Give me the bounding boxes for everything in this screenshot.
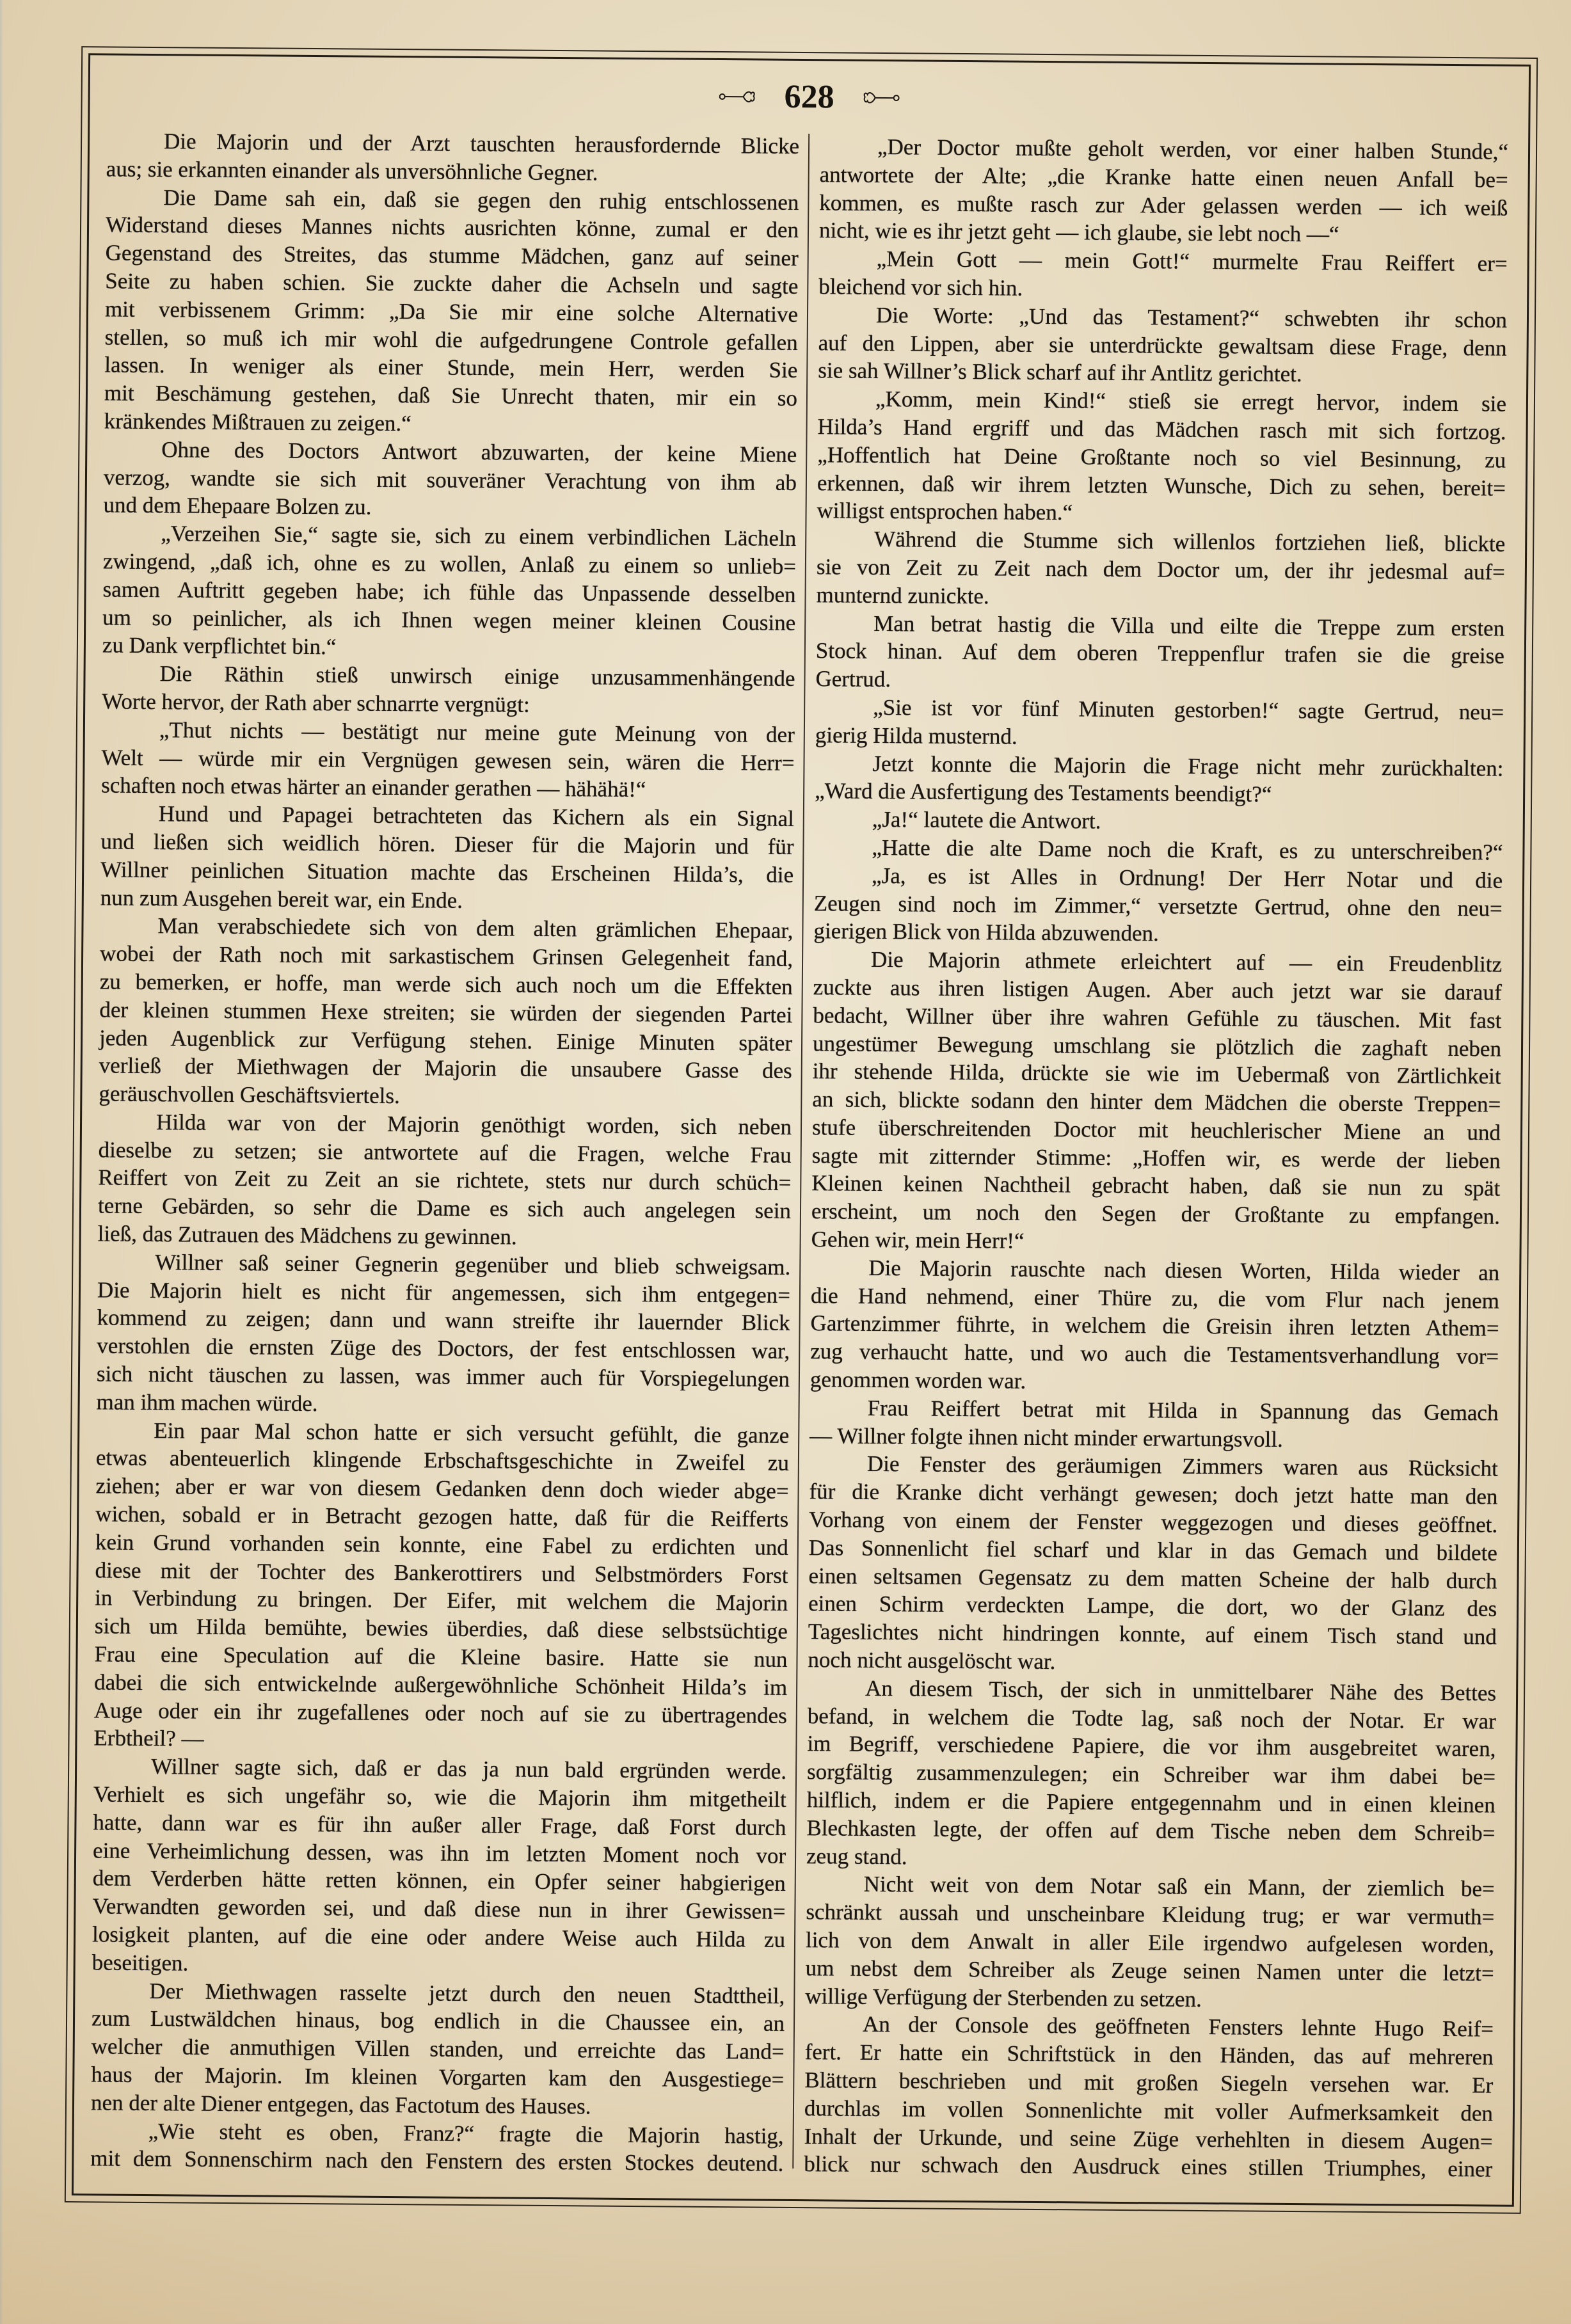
text-line: Blechkasten legte, der offen auf dem Tis… [806,1814,1495,1847]
text-line: „Thut nichts — bestätigt nur meine gute … [102,715,795,749]
text-line: Willner peinlichen Situation machte das … [100,856,793,889]
text-line: der kleinen stummen Hexe streiten; sie w… [99,996,792,1029]
page-frame: 628 Die Majorin und der Arzt tauschten h… [65,46,1538,2214]
text-line: um nebst dem Schreiber als Zeuge seinen … [806,1954,1494,1987]
text-line: durchlas im vollen Sonnenlichte mit voll… [804,2094,1493,2128]
text-line: blick nur schwach den Ausdruck eines sti… [804,2150,1492,2183]
text-line: antwortete der Alte; „die Kranke hatte e… [820,161,1508,194]
text-line: Stock hinan. Auf dem oberen Treppenflur … [816,637,1504,671]
text-line: Ohne des Doctors Antwort abzuwarten, der… [104,435,797,468]
text-line: „Ja, es ist Alles in Ordnung! Der Herr N… [814,861,1503,895]
text-line: mit dem Sonnenschirm nach den Fenstern d… [90,2145,783,2178]
text-line: mit verbissenem Grimm: „Da Sie mir eine … [105,295,798,328]
ornament-right-icon [863,90,900,106]
text-line: samen Auftritt gegeben habe; ich fühle d… [102,575,795,609]
text-line: nen der alte Diener entgegen, das Factot… [91,2089,784,2122]
text-line: bedacht, Willner über ihre wahren Gefühl… [813,1001,1501,1035]
text-line: Die Worte: „Und das Testament?“ schwebte… [818,301,1507,334]
page-number: 628 [784,79,834,116]
left-column: Die Majorin und der Arzt tauschten herau… [90,127,799,2178]
text-line: gierig Hilda musternd. [815,721,1504,754]
right-column: „Der Doctor mußte geholt werden, vor ein… [804,132,1508,2184]
ornament-left-icon [719,88,756,105]
text-line: losigkeit planten, auf die eine oder and… [92,1920,785,1954]
text-line: An diesem Tisch, der sich in unmittelbar… [808,1674,1496,1707]
text-line: munternd zunickte. [816,581,1504,614]
text-line: „Hoffentlich hat Deine Großtante noch so… [817,441,1506,474]
text-line: aus; sie erkannten einander als unversöh… [106,155,799,188]
text-line: Das Sonnenlicht fiel scharf und klar in … [809,1534,1497,1567]
